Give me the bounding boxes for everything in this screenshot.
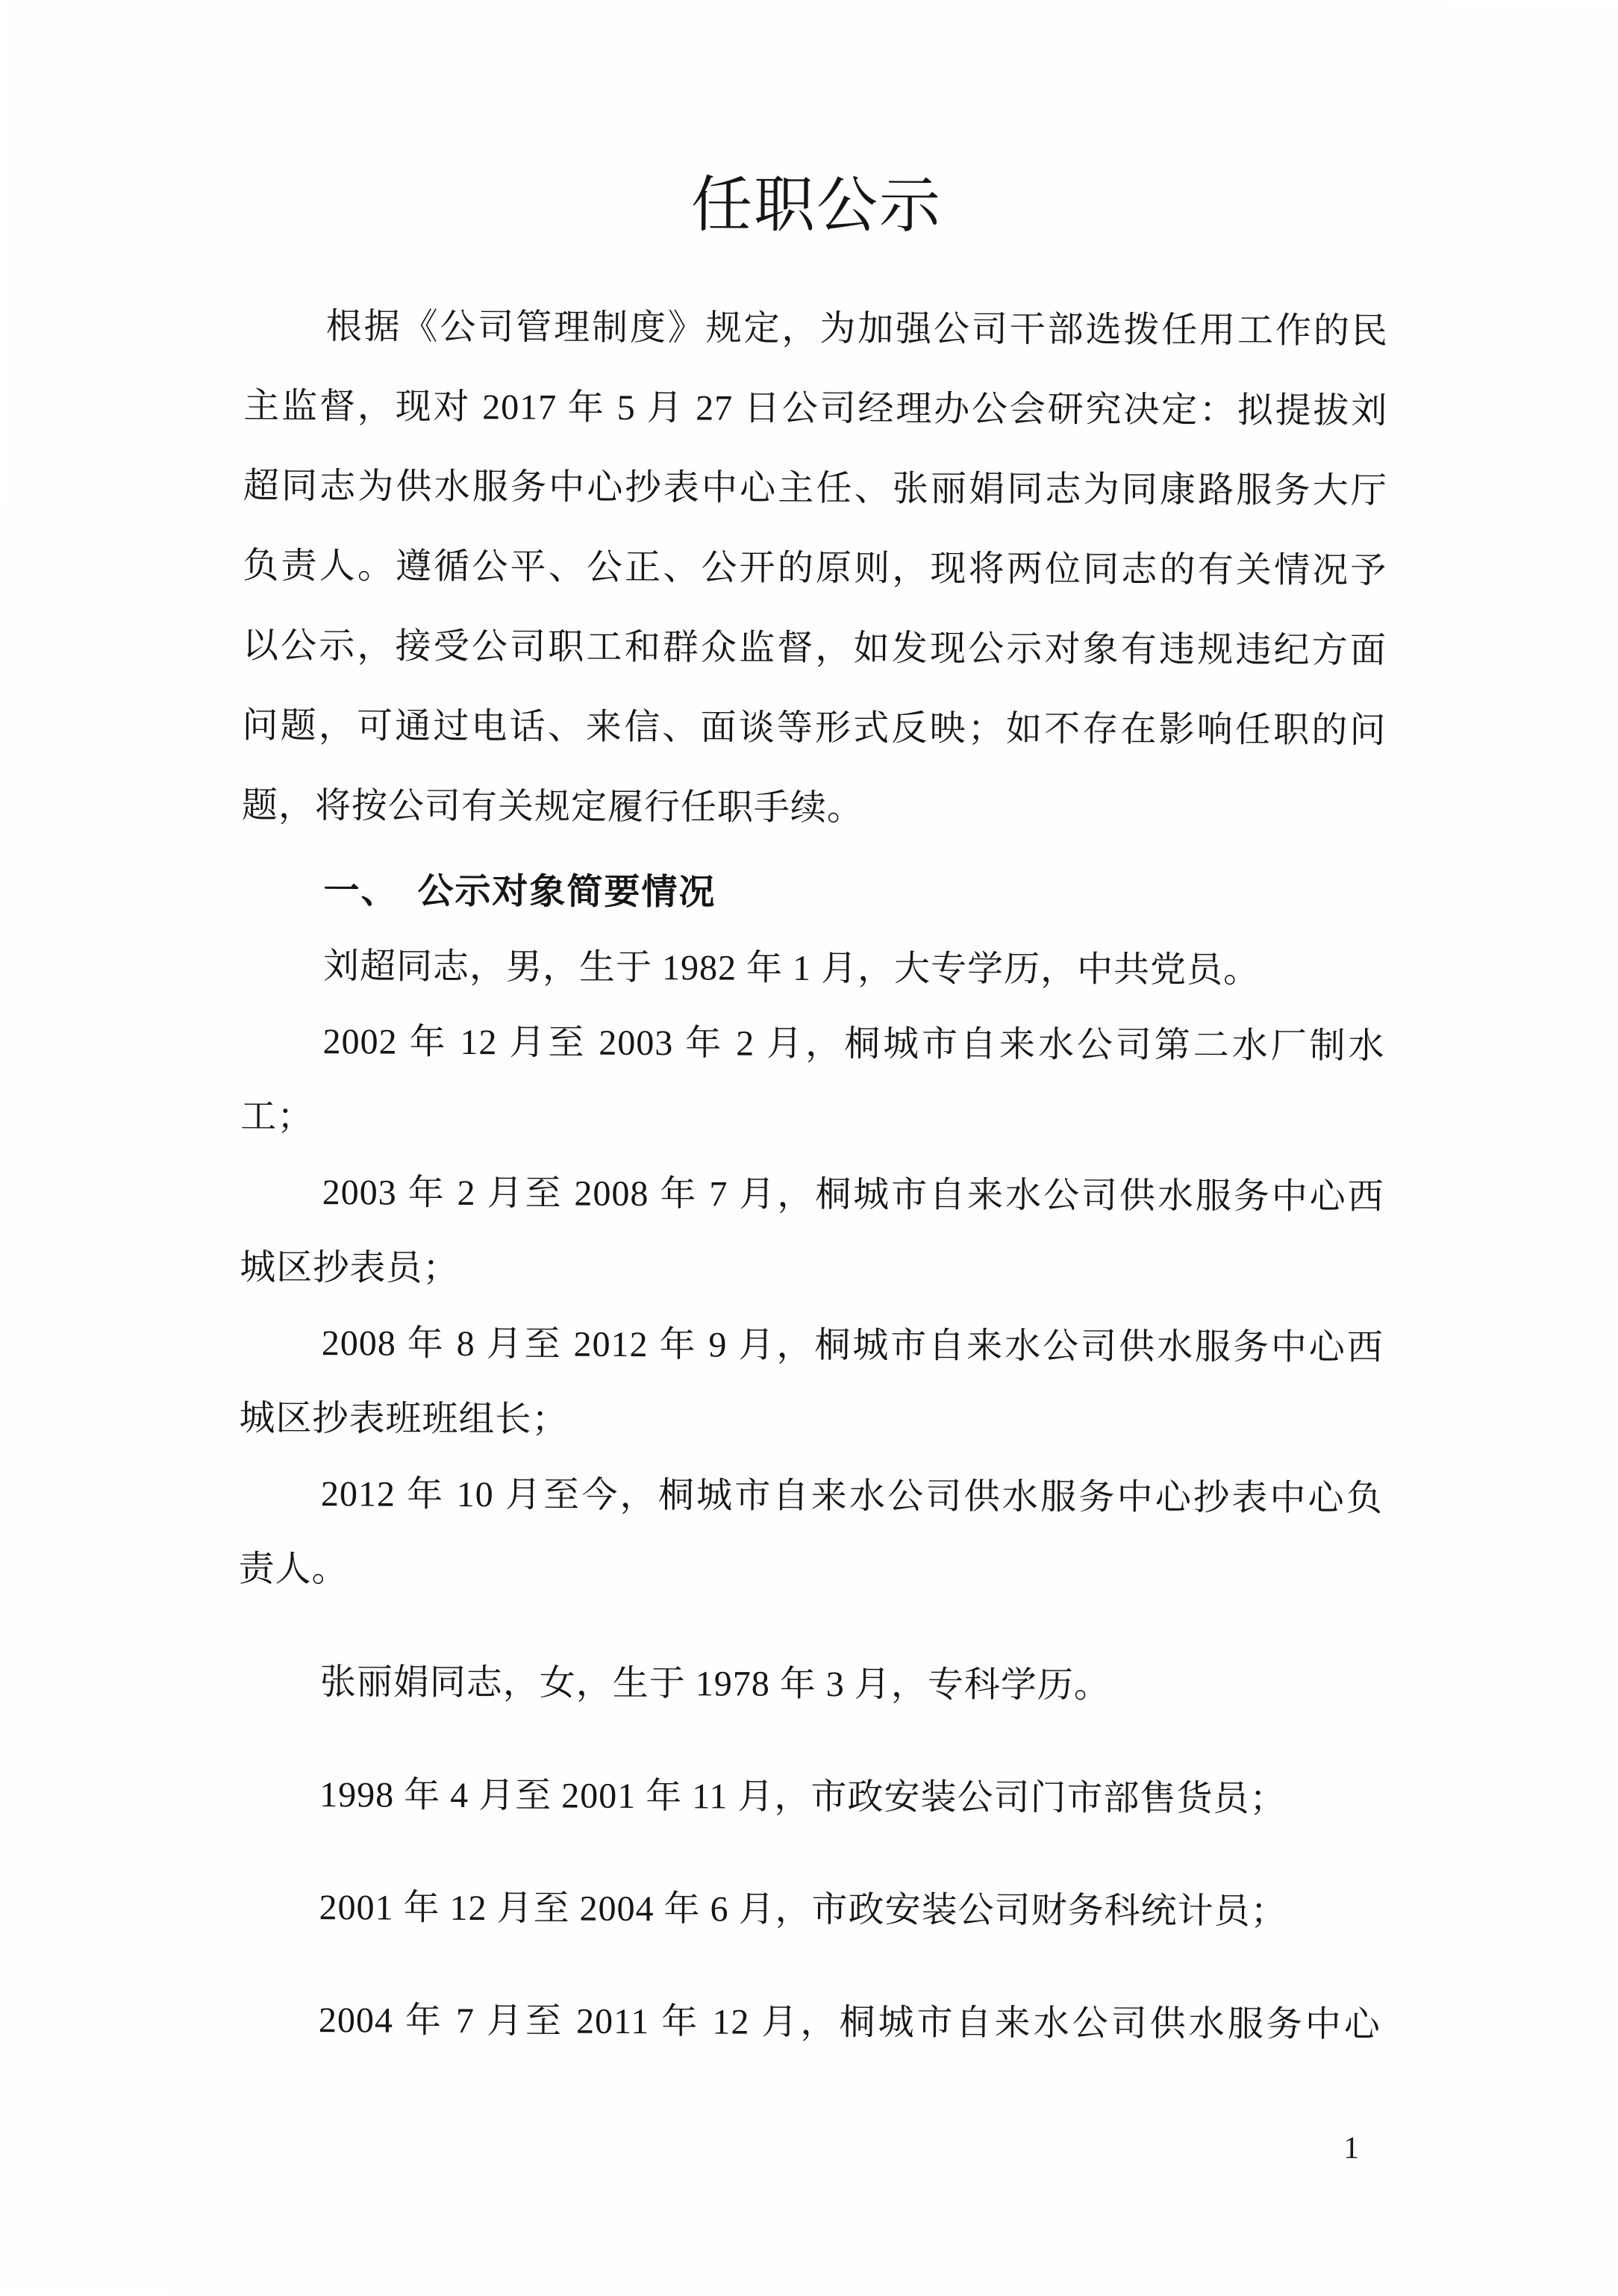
document-page: 任职公示 根据《公司管理制度》规定，为加强公司干部选拨任用工作的民 主监督，现对…	[0, 0, 1618, 2296]
intro-line-1: 根据《公司管理制度》规定，为加强公司干部选拨任用工作的民	[244, 287, 1388, 372]
liu-chao-resume: 刘超同志，男，生于 1982 年 1 月，大专学历，中共党员。 2002 年 1…	[238, 929, 1385, 1612]
liu-chao-line-6: 2008 年 8 月至 2012 年 9 月，桐城市自来水公司供水服务中心西	[240, 1305, 1384, 1386]
liu-chao-line-1: 刘超同志，男，生于 1982 年 1 月，大专学历，中共党员。	[241, 929, 1385, 1009]
zhang-lijuan-line-3: 2001 年 12 月至 2004 年 6 月，市政安装公司财务科统计员；	[237, 1870, 1381, 1950]
intro-line-3: 超同志为供水服务中心抄表中心主任、张丽娟同志为同康路服务大厅	[243, 446, 1387, 531]
intro-line-5: 以公示，接受公司职工和群众监督，如发现公示对象有违规违纪方面	[243, 606, 1387, 691]
page-number: 1	[1343, 2130, 1359, 2166]
document-content: 任职公示 根据《公司管理制度》规定，为加强公司干部选拨任用工作的民 主监督，现对…	[237, 0, 1390, 2062]
liu-chao-line-3: 工；	[240, 1079, 1384, 1160]
document-body: 根据《公司管理制度》规定，为加强公司干部选拨任用工作的民 主监督，现对 2017…	[237, 287, 1388, 2063]
document-title: 任职公示	[244, 162, 1388, 251]
liu-chao-line-9: 责人。	[238, 1532, 1382, 1612]
liu-chao-line-2: 2002 年 12 月至 2003 年 2 月，桐城市自来水公司第二水厂制水	[240, 1004, 1384, 1085]
intro-line-2: 主监督，现对 2017 年 5 月 27 日公司经理办公会研究决定：拟提拔刘	[243, 366, 1387, 452]
intro-line-6: 问题，可通过电话、来信、面谈等形式反映；如不存在影响任职的问	[242, 686, 1386, 771]
intro-line-7: 题，将按公司有关规定履行任职手续。	[242, 766, 1386, 851]
intro-paragraph: 根据《公司管理制度》规定，为加强公司干部选拨任用工作的民 主监督，现对 2017…	[242, 287, 1388, 851]
liu-chao-line-4: 2003 年 2 月至 2008 年 7 月，桐城市自来水公司供水服务中心西	[240, 1155, 1384, 1235]
liu-chao-line-5: 城区抄表员；	[240, 1230, 1384, 1311]
zhang-lijuan-line-4: 2004 年 7 月至 2011 年 12 月，桐城市自来水公司供水服务中心	[237, 1983, 1381, 2063]
intro-line-4: 负责人。遵循公平、公正、公开的原则，现将两位同志的有关情况予	[243, 526, 1387, 611]
liu-chao-line-8: 2012 年 10 月至今，桐城市自来水公司供水服务中心抄表中心负	[239, 1456, 1383, 1537]
section-1-heading: 一、 公示对象简要情况	[241, 853, 1385, 934]
liu-chao-line-7: 城区抄表班班组长；	[239, 1381, 1383, 1461]
zhang-lijuan-line-2: 1998 年 4 月至 2001 年 11 月，市政安装公司门市部售货员；	[237, 1757, 1381, 1838]
zhang-lijuan-resume: 张丽娟同志，女，生于 1978 年 3 月，专科学历。 1998 年 4 月至 …	[237, 1644, 1382, 2063]
zhang-lijuan-line-1: 张丽娟同志，女，生于 1978 年 3 月，专科学历。	[238, 1644, 1382, 1725]
